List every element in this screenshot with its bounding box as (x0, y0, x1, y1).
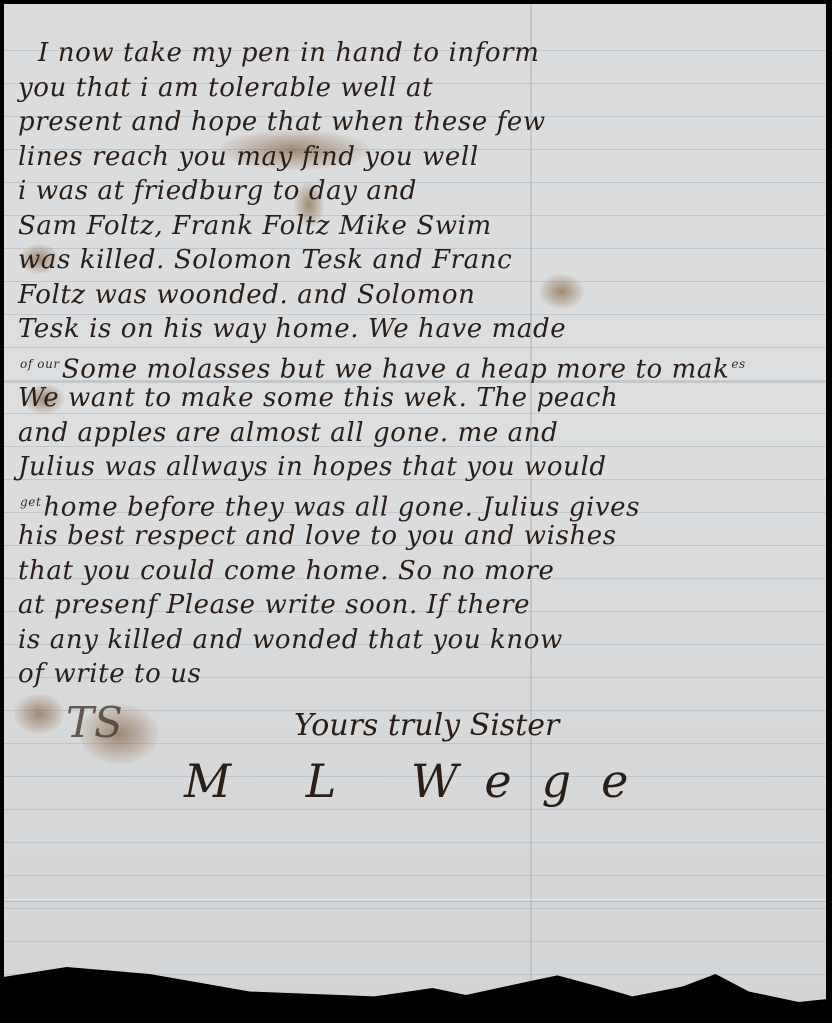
letter-line: was killed. Solomon Tesk and Franc (18, 243, 818, 278)
line-text: Sam Foltz, Frank Foltz Mike Swim (18, 211, 492, 241)
monogram: TS (66, 698, 123, 747)
letter-line: Sam Foltz, Frank Foltz Mike Swim (18, 209, 818, 244)
interlinear-insertion: get (20, 495, 41, 509)
line-text: that you could come home. So no more (18, 556, 555, 586)
letter-body: I now take my pen in hand to inform you … (18, 10, 818, 692)
line-text: Some molasses but we have a heap more to… (62, 354, 730, 384)
line-text: of write to us (18, 659, 202, 689)
letter-line: you that i am tolerable well at (18, 71, 818, 106)
letter-line: Tesk is on his way home. We have made (18, 312, 818, 347)
signature: M L Wege (184, 754, 658, 808)
letter-line: lines reach you may find you well (18, 140, 818, 175)
line-text: lines reach you may find you well (18, 142, 479, 172)
letter-line: and apples are almost all gone. me and (18, 416, 818, 451)
line-text: I now take my pen in hand to inform (38, 38, 539, 68)
letter-line: at presenf Please write soon. If there (18, 588, 818, 623)
letter-line: Foltz was woonded. and Solomon (18, 278, 818, 313)
letter-line: of write to us (18, 657, 818, 692)
line-text: is any killed and wonded that you know (18, 625, 563, 655)
letter-line: We want to make some this wek. The peach (18, 381, 818, 416)
letter-line: gethome before they was all gone. Julius… (18, 485, 818, 520)
line-text: and apples are almost all gone. me and (18, 418, 558, 448)
letter-line: present and hope that when these few (18, 105, 818, 140)
closing-salutation: Yours truly Sister (294, 708, 559, 743)
line-text: his best respect and love to you and wis… (18, 521, 617, 551)
letter-line: of ourSome molasses but we have a heap m… (18, 347, 818, 382)
letter-line: Julius was allways in hopes that you wou… (18, 450, 818, 485)
letter-page: I now take my pen in hand to inform you … (4, 4, 826, 1023)
line-text: present and hope that when these few (18, 107, 546, 137)
line-text: you that i am tolerable well at (18, 73, 433, 103)
line-text: i was at friedburg to day and (18, 176, 417, 206)
letter-line: i was at friedburg to day and (18, 174, 818, 209)
line-text: Foltz was woonded. and Solomon (18, 280, 476, 310)
ink-stain (14, 694, 64, 734)
line-text: Julius was allways in hopes that you wou… (18, 452, 607, 482)
interlinear-insertion: of our (20, 357, 60, 371)
line-text: at presenf Please write soon. If there (18, 590, 530, 620)
line-text: home before they was all gone. Julius gi… (43, 492, 640, 522)
letter-line: I now take my pen in hand to inform (18, 36, 818, 71)
line-text: was killed. Solomon Tesk and Franc (18, 245, 512, 275)
line-text: We want to make some this wek. The peach (18, 383, 618, 413)
line-text: Tesk is on his way home. We have made (18, 314, 566, 344)
letter-line: his best respect and love to you and wis… (18, 519, 818, 554)
letter-line: that you could come home. So no more (18, 554, 818, 589)
letter-line: is any killed and wonded that you know (18, 623, 818, 658)
horizontal-fold-crease-lower (4, 899, 826, 902)
interlinear-insertion: es (731, 357, 745, 371)
